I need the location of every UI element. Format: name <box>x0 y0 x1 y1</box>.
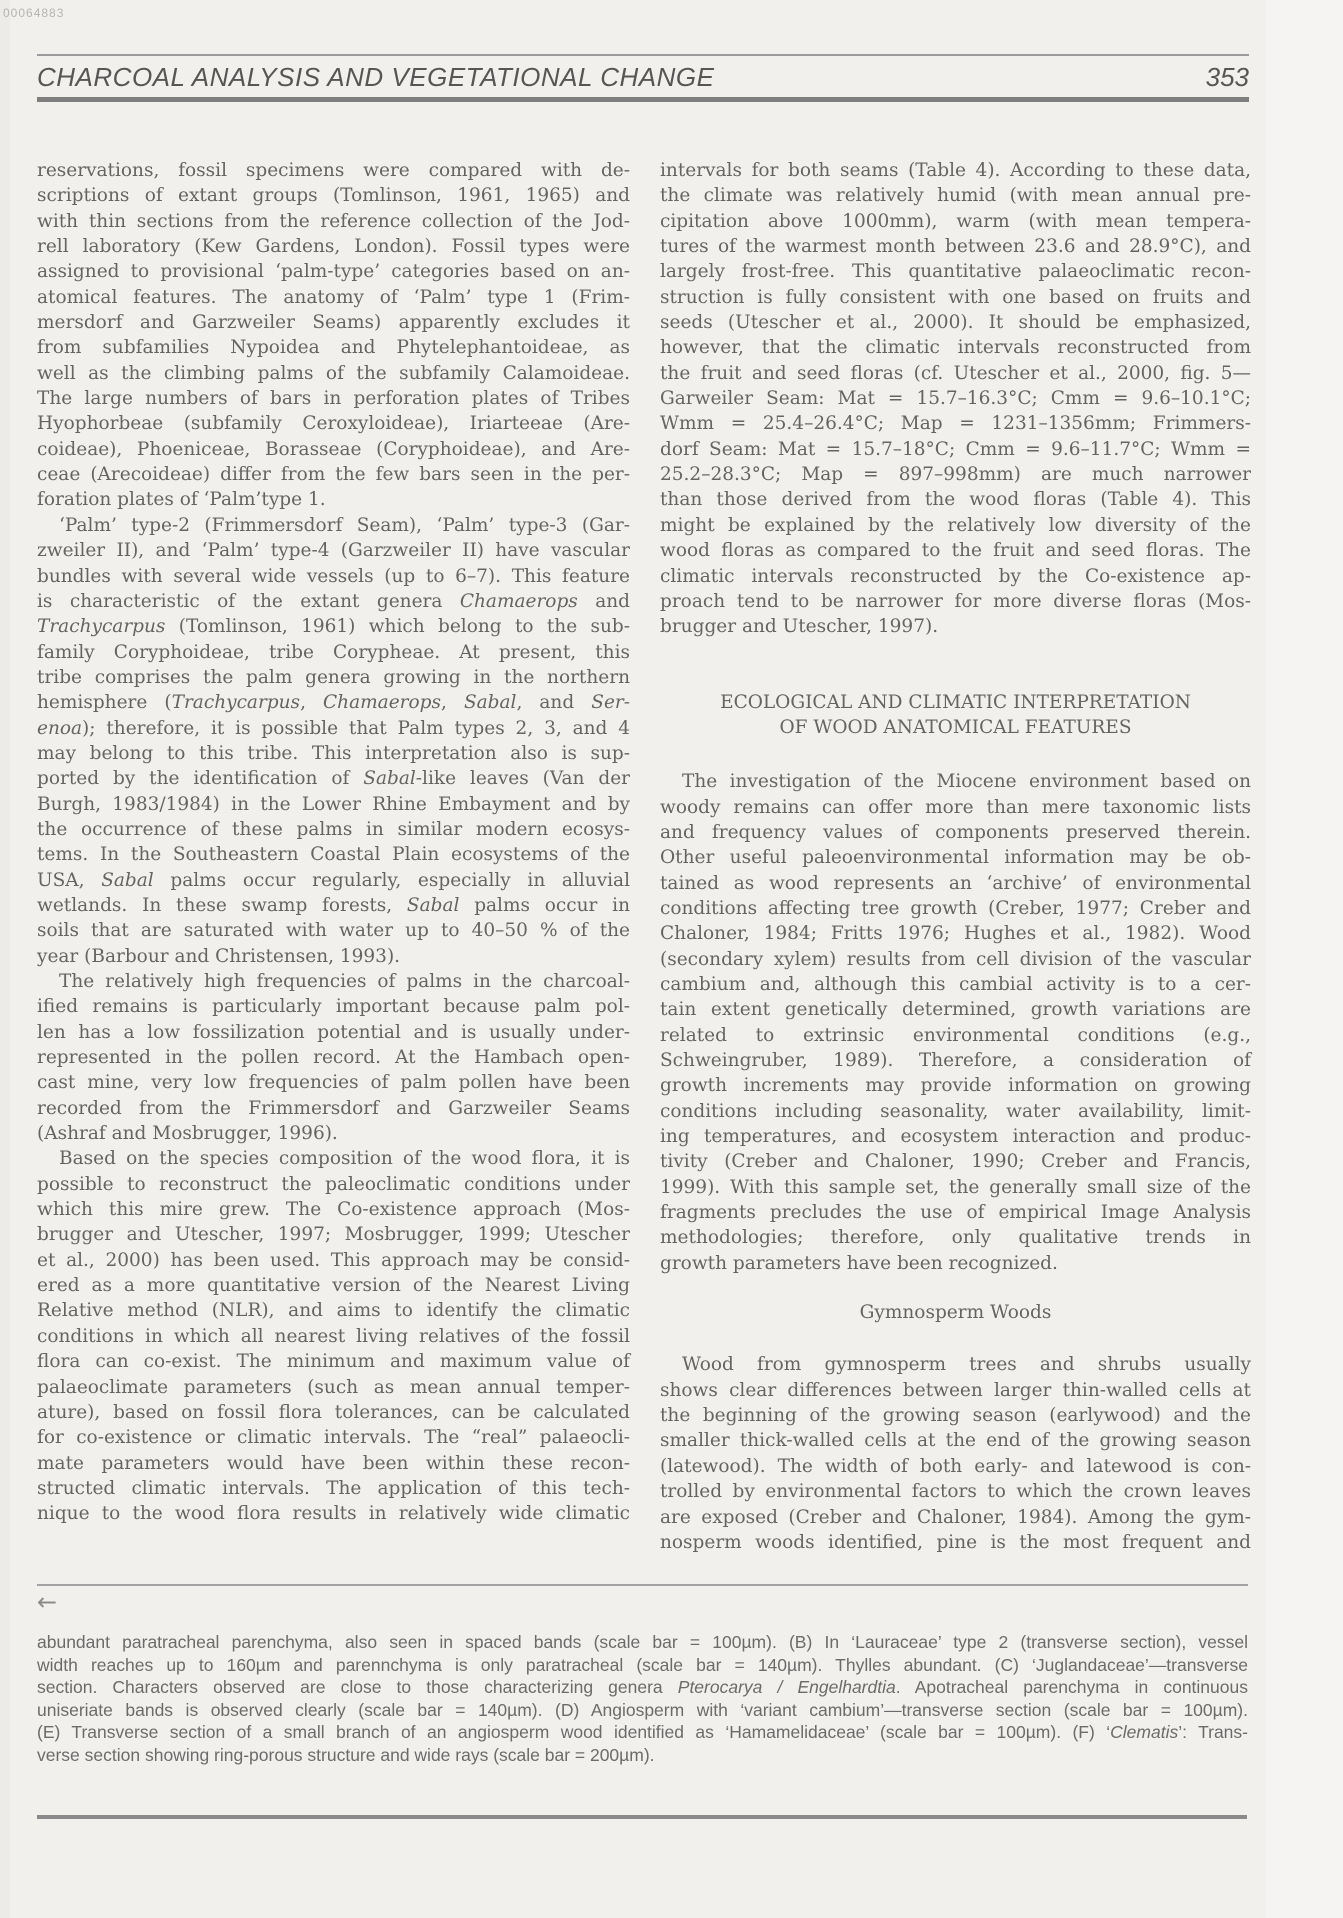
text-line: Based on the species composition of the … <box>37 1146 630 1171</box>
text-line: (E) Transverse section of a small branch… <box>37 1721 1248 1744</box>
text-line: nosperm woods identified, pine is the mo… <box>660 1530 1251 1555</box>
text-line: len has a low fossilization potential an… <box>37 1020 630 1045</box>
text-line: mersdorf and Garzweiler Seams) apparentl… <box>37 310 630 335</box>
text-line: Wood from gymnosperm trees and shrubs us… <box>660 1352 1251 1377</box>
text-line: (Ashraf and Mosbrugger, 1996). <box>37 1121 630 1146</box>
text-line: rell laboratory (Kew Gardens, London). F… <box>37 234 630 259</box>
text-line: tain extent genetically determined, grow… <box>660 997 1251 1022</box>
text-line: abundant paratracheal parenchyma, also s… <box>37 1631 1248 1654</box>
text-line: uniseriate bands is observed clearly (sc… <box>37 1699 1248 1722</box>
text-line: the beginning of the growing season (ear… <box>660 1403 1251 1428</box>
paragraph: ‘Palm’ type-2 (Frimmersdorf Seam), ‘Palm… <box>37 513 630 969</box>
text-line: shows clear differences between larger t… <box>660 1378 1251 1403</box>
text-line: The relatively high frequencies of palms… <box>37 969 630 994</box>
text-line: cambium and, although this cambial activ… <box>660 972 1251 997</box>
text-line: Trachycarpus (Tomlinson, 1961) which bel… <box>37 614 630 639</box>
text-line: ‘Palm’ type-2 (Frimmersdorf Seam), ‘Palm… <box>37 513 630 538</box>
text-line: represented in the pollen record. At the… <box>37 1045 630 1070</box>
text-line: Wmm = 25.4–26.4°C; Map = 1231–1356mm; Fr… <box>660 411 1251 436</box>
paragraph: reservations, fossil specimens were comp… <box>37 158 630 513</box>
text-line: Burgh, 1983/1984) in the Lower Rhine Emb… <box>37 792 630 817</box>
text-line: enoa); therefore, it is possible that Pa… <box>37 716 630 741</box>
text-line: brugger and Utescher, 1997). <box>660 614 1251 639</box>
text-line: The large numbers of bars in perforation… <box>37 386 630 411</box>
text-line: conditions affecting tree growth (Creber… <box>660 896 1251 921</box>
text-line: flora can co-exist. The minimum and maxi… <box>37 1349 630 1374</box>
text-line: hemisphere (Trachycarpus, Chamaerops, Sa… <box>37 690 630 715</box>
text-line: related to extrinsic environmental condi… <box>660 1023 1251 1048</box>
text-line: than those derived from the wood floras … <box>660 487 1251 512</box>
text-line: ified remains is particularly important … <box>37 994 630 1019</box>
text-line: tained as wood represents an ‘archive’ o… <box>660 871 1251 896</box>
text-line: tures of the warmest month between 23.6 … <box>660 234 1251 259</box>
text-line: ceae (Arecoideae) differ from the few ba… <box>37 462 630 487</box>
text-line: family Coryphoideae, tribe Corypheae. At… <box>37 640 630 665</box>
text-line: are exposed (Creber and Chaloner, 1984).… <box>660 1505 1251 1530</box>
text-line: Hyophorbeae (subfamily Ceroxyloideae), I… <box>37 411 630 436</box>
text-line: climatic intervals reconstructed by the … <box>660 564 1251 589</box>
text-line: coideae), Phoeniceae, Borasseae (Corypho… <box>37 437 630 462</box>
text-line: and frequency values of components prese… <box>660 820 1251 845</box>
text-line: ECOLOGICAL AND CLIMATIC INTERPRETATION <box>660 690 1251 715</box>
text-line: methodologies; therefore, only qualitati… <box>660 1225 1251 1250</box>
text-line: Gymnosperm Woods <box>660 1300 1251 1325</box>
text-line: verse section showing ring-porous struct… <box>37 1744 1248 1767</box>
text-line: smaller thick-walled cells at the end of… <box>660 1428 1251 1453</box>
text-line: growth increments may provide informatio… <box>660 1073 1251 1098</box>
text-line: USA, Sabal palms occur regularly, especi… <box>37 868 630 893</box>
text-line: largely frost-free. This quantitative pa… <box>660 259 1251 284</box>
text-line: proach tend to be narrower for more dive… <box>660 589 1251 614</box>
text-line: width reaches up to 160µm and parennchym… <box>37 1654 1248 1677</box>
paragraph: abundant paratracheal parenchyma, also s… <box>37 1631 1248 1767</box>
text-line: might be explained by the relatively low… <box>660 513 1251 538</box>
scanned-journal-page: 00064883 CHARCOAL ANALYSIS AND VEGETATIO… <box>0 0 1343 1918</box>
page-edge-shade-left <box>0 0 10 1918</box>
text-line: Schweingruber, 1989). Therefore, a consi… <box>660 1048 1251 1073</box>
text-line: ature), based on fossil flora tolerances… <box>37 1400 630 1425</box>
text-line: for co-existence or climatic intervals. … <box>37 1425 630 1450</box>
text-line: Relative method (NLR), and aims to ident… <box>37 1298 630 1323</box>
text-line: year (Barbour and Christensen, 1993). <box>37 944 630 969</box>
text-line: may belong to this tribe. This interpret… <box>37 741 630 766</box>
subsection-heading: Gymnosperm Woods <box>660 1300 1251 1325</box>
header-rule-thin <box>37 54 1249 56</box>
caption-bottom-rule <box>37 1815 1247 1819</box>
text-line: trolled by environmental factors to whic… <box>660 1479 1251 1504</box>
text-line: foration plates of ‘Palm’type 1. <box>37 487 630 512</box>
text-line: woody remains can offer more than mere t… <box>660 795 1251 820</box>
paragraph: The relatively high frequencies of palms… <box>37 969 630 1146</box>
text-line: dorf Seam: Mat = 15.7–18°C; Cmm = 9.6–11… <box>660 437 1251 462</box>
text-line: soils that are saturated with water up t… <box>37 918 630 943</box>
text-line: Chaloner, 1984; Fritts 1976; Hughes et a… <box>660 921 1251 946</box>
text-line: (latewood). The width of both early- and… <box>660 1454 1251 1479</box>
text-line: zweiler II), and ‘Palm’ type-4 (Garzweil… <box>37 538 630 563</box>
text-line: possible to reconstruct the paleoclimati… <box>37 1172 630 1197</box>
text-line: cast mine, very low frequencies of palm … <box>37 1070 630 1095</box>
text-line: atomical features. The anatomy of ‘Palm’… <box>37 285 630 310</box>
text-line: et al., 2000) has been used. This approa… <box>37 1248 630 1273</box>
text-line: Other useful paleoenvironmental informat… <box>660 845 1251 870</box>
text-line: fragments precludes the use of empirical… <box>660 1200 1251 1225</box>
text-line: wood floras as compared to the fruit and… <box>660 538 1251 563</box>
text-line: recorded from the Frimmersdorf and Garzw… <box>37 1096 630 1121</box>
text-line: assigned to provisional ‘palm-type’ cate… <box>37 259 630 284</box>
text-line: Garweiler Seam: Mat = 15.7–16.3°C; Cmm =… <box>660 386 1251 411</box>
text-line: scriptions of extant groups (Tomlinson, … <box>37 183 630 208</box>
text-line: ported by the identification of Sabal-li… <box>37 766 630 791</box>
text-line: intervals for both seams (Table 4). Acco… <box>660 158 1251 183</box>
text-line: conditions including seasonality, water … <box>660 1099 1251 1124</box>
figure-caption-continued: abundant paratracheal parenchyma, also s… <box>37 1631 1248 1767</box>
scan-watermark: 00064883 <box>3 6 64 20</box>
page-number: 353 <box>37 62 1249 93</box>
text-line: bundles with several wide vessels (up to… <box>37 564 630 589</box>
text-line: brugger and Utescher, 1997; Mosbrugger, … <box>37 1222 630 1247</box>
text-line: struction is fully consistent with one b… <box>660 285 1251 310</box>
text-line: the fruit and seed floras (cf. Utescher … <box>660 361 1251 386</box>
text-line: reservations, fossil specimens were comp… <box>37 158 630 183</box>
paragraph: Based on the species composition of the … <box>37 1146 630 1526</box>
text-line: mate parameters would have been within t… <box>37 1451 630 1476</box>
text-line: structed climatic intervals. The applica… <box>37 1476 630 1501</box>
text-line: growth parameters have been recognized. <box>660 1251 1251 1276</box>
text-line: OF WOOD ANATOMICAL FEATURES <box>660 715 1251 740</box>
text-line: wetlands. In these swamp forests, Sabal … <box>37 893 630 918</box>
text-line: nique to the wood flora results in relat… <box>37 1501 630 1526</box>
text-line: with thin sections from the reference co… <box>37 209 630 234</box>
text-line: 25.2–28.3°C; Map = 897–998mm) are much n… <box>660 462 1251 487</box>
caption-divider-rule <box>37 1584 1248 1586</box>
text-line: 1999). With this sample set, the general… <box>660 1175 1251 1200</box>
text-line: is characteristic of the extant genera C… <box>37 589 630 614</box>
text-line: seeds (Utescher et al., 2000). It should… <box>660 310 1251 335</box>
paragraph: Wood from gymnosperm trees and shrubs us… <box>660 1352 1251 1555</box>
text-line: section. Characters observed are close t… <box>37 1676 1248 1699</box>
text-line: The investigation of the Miocene environ… <box>660 769 1251 794</box>
text-line: conditions in which all nearest living r… <box>37 1324 630 1349</box>
text-line: the climate was relatively humid (with m… <box>660 183 1251 208</box>
section-heading: ECOLOGICAL AND CLIMATIC INTERPRETATIONOF… <box>660 690 1251 741</box>
page-edge-shade <box>1266 0 1343 1918</box>
text-line: cipitation above 1000mm), warm (with mea… <box>660 209 1251 234</box>
text-line: palaeoclimate parameters (such as mean a… <box>37 1375 630 1400</box>
text-line: which this mire grew. The Co-existence a… <box>37 1197 630 1222</box>
text-line: however, that the climatic intervals rec… <box>660 335 1251 360</box>
text-line: the occurrence of these palms in similar… <box>37 817 630 842</box>
paragraph: intervals for both seams (Table 4). Acco… <box>660 158 1251 640</box>
text-line: (secondary xylem) results from cell divi… <box>660 947 1251 972</box>
left-arrow-icon: ← <box>37 1590 57 1614</box>
text-line: tribe comprises the palm genera growing … <box>37 665 630 690</box>
paragraph: The investigation of the Miocene environ… <box>660 769 1251 1276</box>
text-line: well as the climbing palms of the subfam… <box>37 361 630 386</box>
text-line: tivity (Creber and Chaloner, 1990; Crebe… <box>660 1149 1251 1174</box>
header-rule-thick <box>37 97 1249 102</box>
left-column: reservations, fossil specimens were comp… <box>37 158 630 1527</box>
text-line: tems. In the Southeastern Coastal Plain … <box>37 842 630 867</box>
text-line: ered as a more quantitative version of t… <box>37 1273 630 1298</box>
text-line: ing temperatures, and ecosystem interact… <box>660 1124 1251 1149</box>
right-column: intervals for both seams (Table 4). Acco… <box>660 158 1251 1555</box>
text-line: from subfamilies Nypoidea and Phytelepha… <box>37 335 630 360</box>
